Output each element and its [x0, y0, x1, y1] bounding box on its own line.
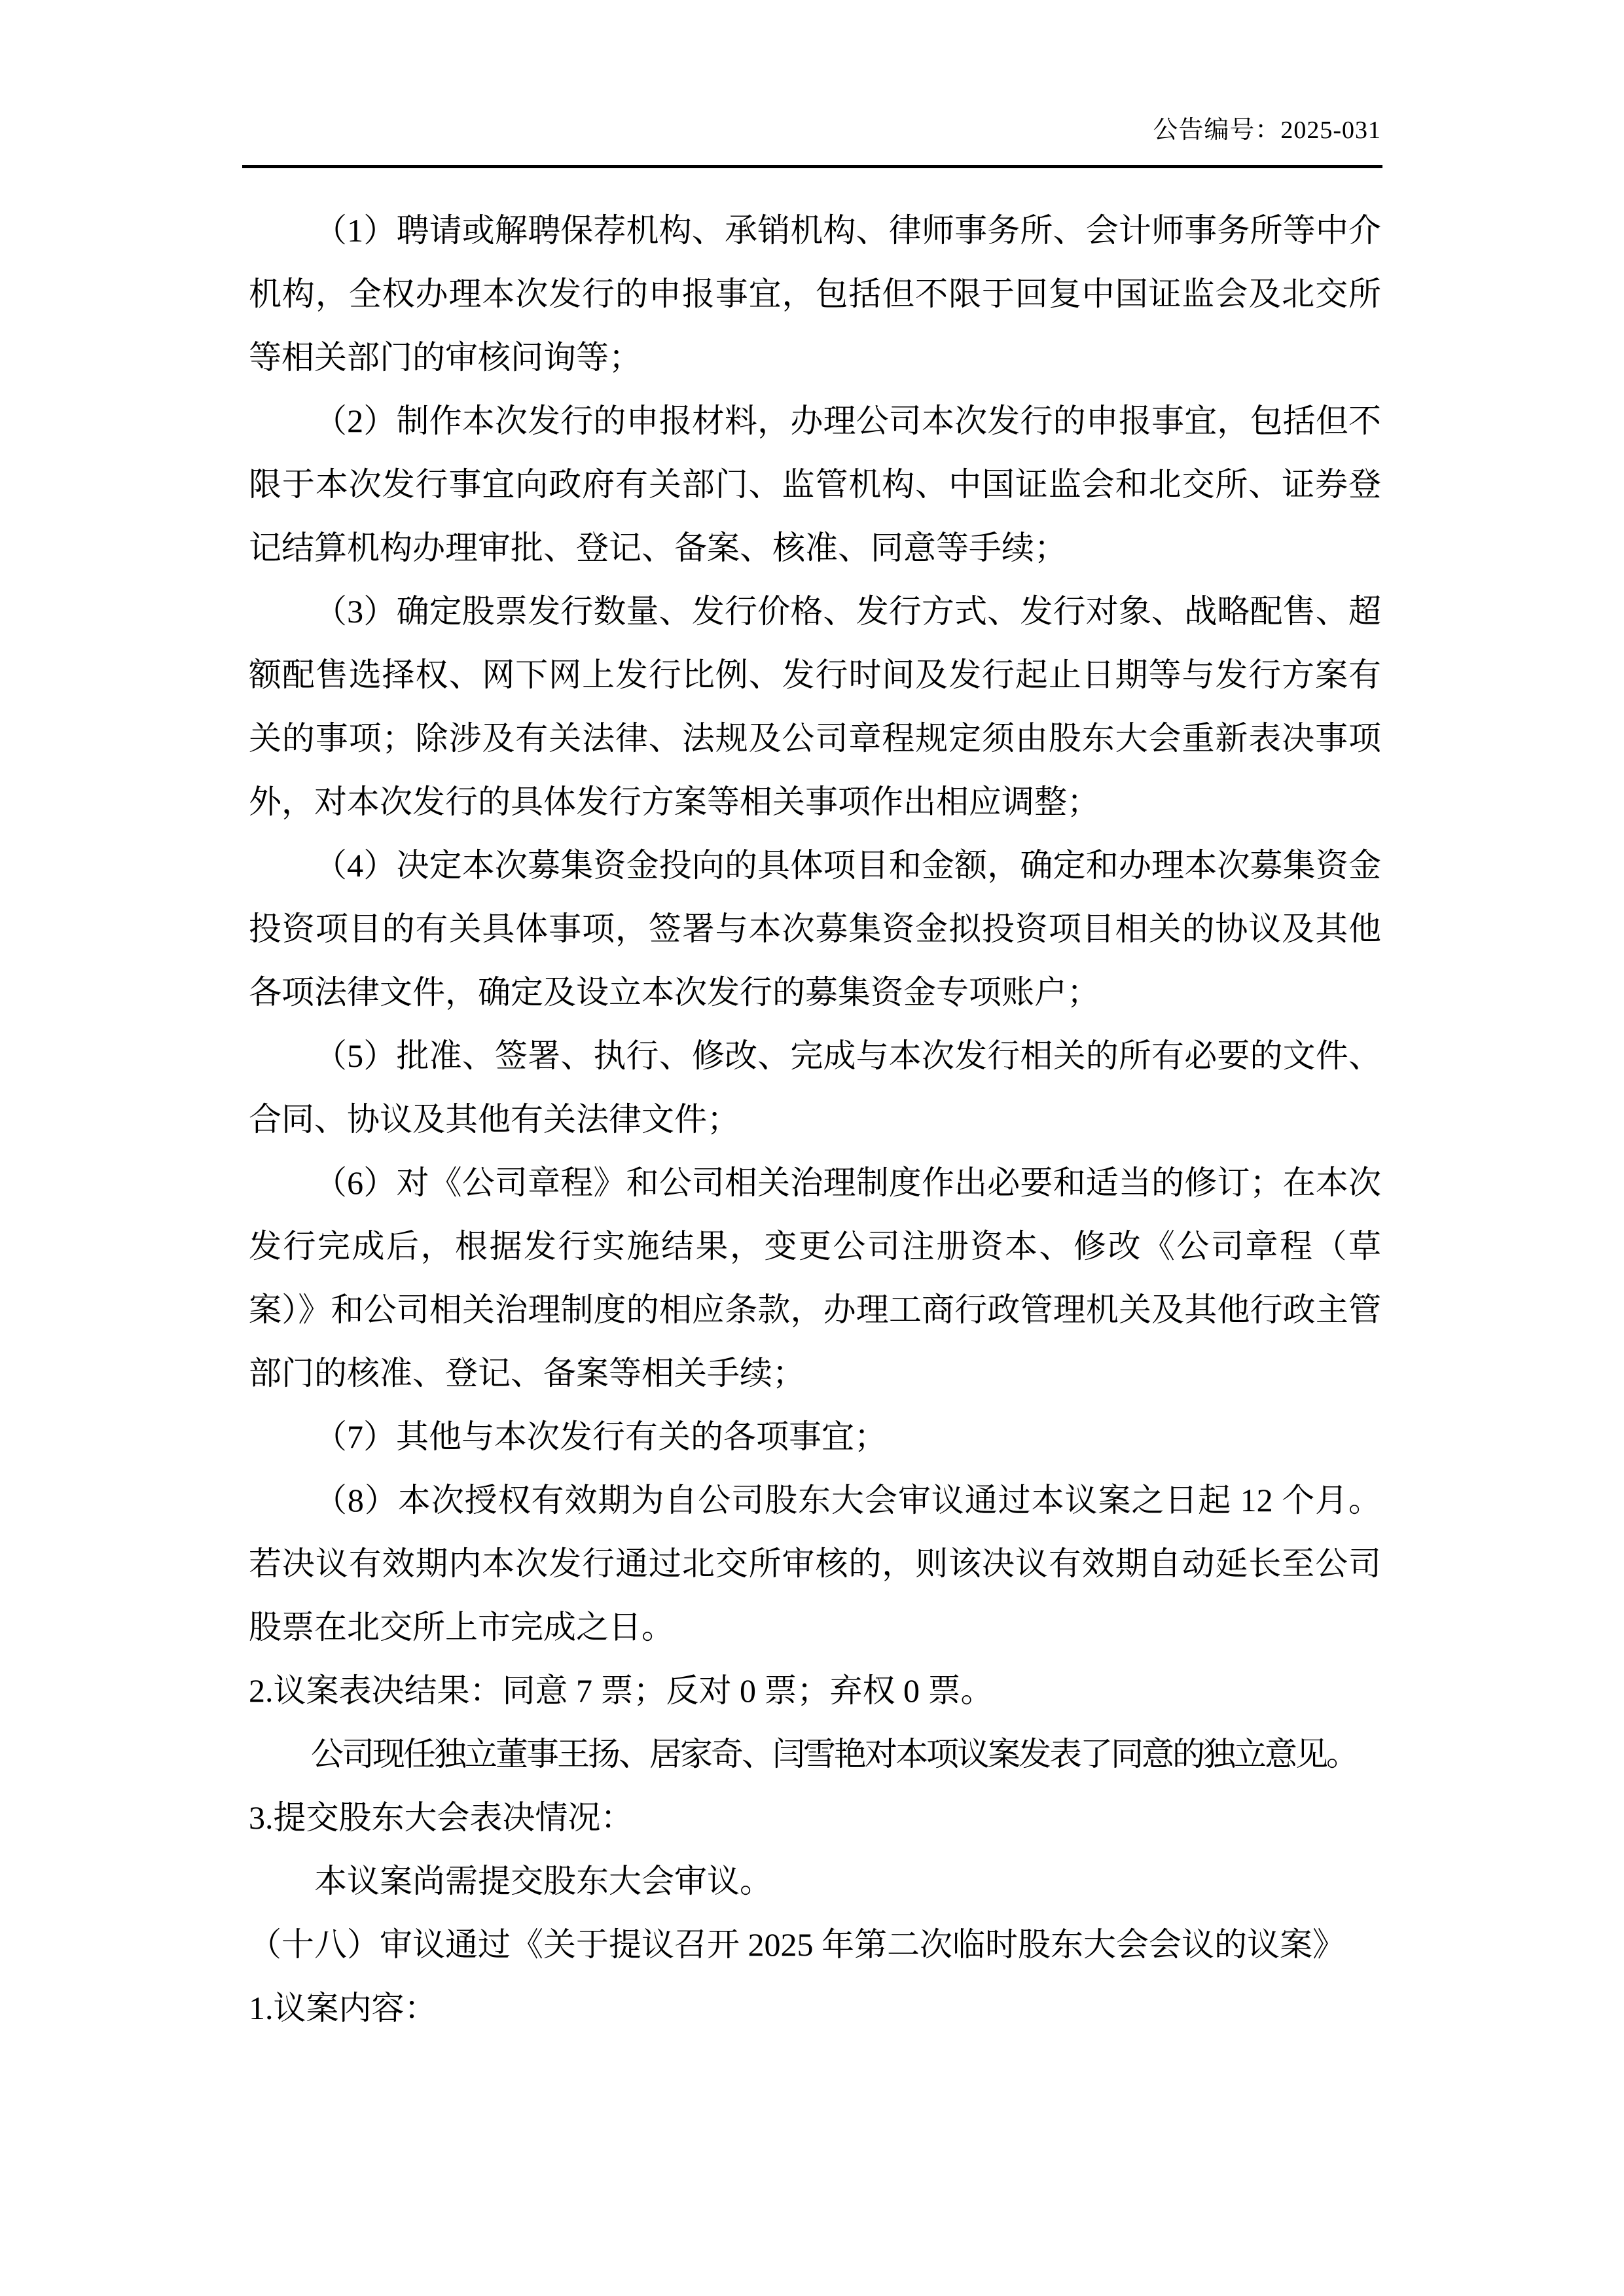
shareholder-meeting-note: 本议案尚需提交股东大会审议。 — [249, 1850, 1381, 1913]
paragraph-item-4: （4）决定本次募集资金投向的具体项目和金额，确定和办理本次募集资金投资项目的有关… — [249, 834, 1381, 1024]
announcement-number: 公告编号：2025-031 — [1153, 117, 1381, 144]
header-divider — [242, 165, 1382, 168]
independent-director-opinion-line: 公司现任独立董事王扬、居家奇、闫雪艳对本项议案发表了同意的独立意见。 — [249, 1723, 1381, 1786]
paragraph-item-6: （6）对《公司章程》和公司相关治理制度作出必要和适当的修订；在本次发行完成后，根… — [249, 1151, 1381, 1405]
section-18-heading: （十八）审议通过《关于提议召开 2025 年第二次临时股东大会会议的议案》 — [249, 1913, 1381, 1977]
shareholder-meeting-heading: 3.提交股东大会表决情况： — [249, 1786, 1381, 1850]
proposal-content-heading: 1.议案内容： — [249, 1977, 1381, 2040]
paragraph-item-3: （3）确定股票发行数量、发行价格、发行方式、发行对象、战略配售、超额配售选择权、… — [249, 580, 1381, 834]
paragraph-item-2: （2）制作本次发行的申报材料，办理公司本次发行的申报事宜，包括但不限于本次发行事… — [249, 389, 1381, 580]
document-page: 公告编号：2025-031 （1）聘请或解聘保荐机构、承销机构、律师事务所、会计… — [0, 0, 1624, 2296]
paragraph-item-8: （8）本次授权有效期为自公司股东大会审议通过本议案之日起 12 个月。若决议有效… — [249, 1469, 1381, 1659]
paragraph-item-1: （1）聘请或解聘保荐机构、承销机构、律师事务所、会计师事务所等中介机构，全权办理… — [249, 199, 1381, 389]
paragraph-item-5: （5）批准、签署、执行、修改、完成与本次发行相关的所有必要的文件、合同、协议及其… — [249, 1024, 1381, 1151]
paragraph-item-7: （7）其他与本次发行有关的各项事宜； — [249, 1405, 1381, 1469]
document-body: （1）聘请或解聘保荐机构、承销机构、律师事务所、会计师事务所等中介机构，全权办理… — [249, 199, 1381, 2040]
vote-result-line: 2.议案表决结果：同意 7 票；反对 0 票；弃权 0 票。 — [249, 1659, 1381, 1723]
page-header: 公告编号：2025-031 — [249, 115, 1381, 146]
